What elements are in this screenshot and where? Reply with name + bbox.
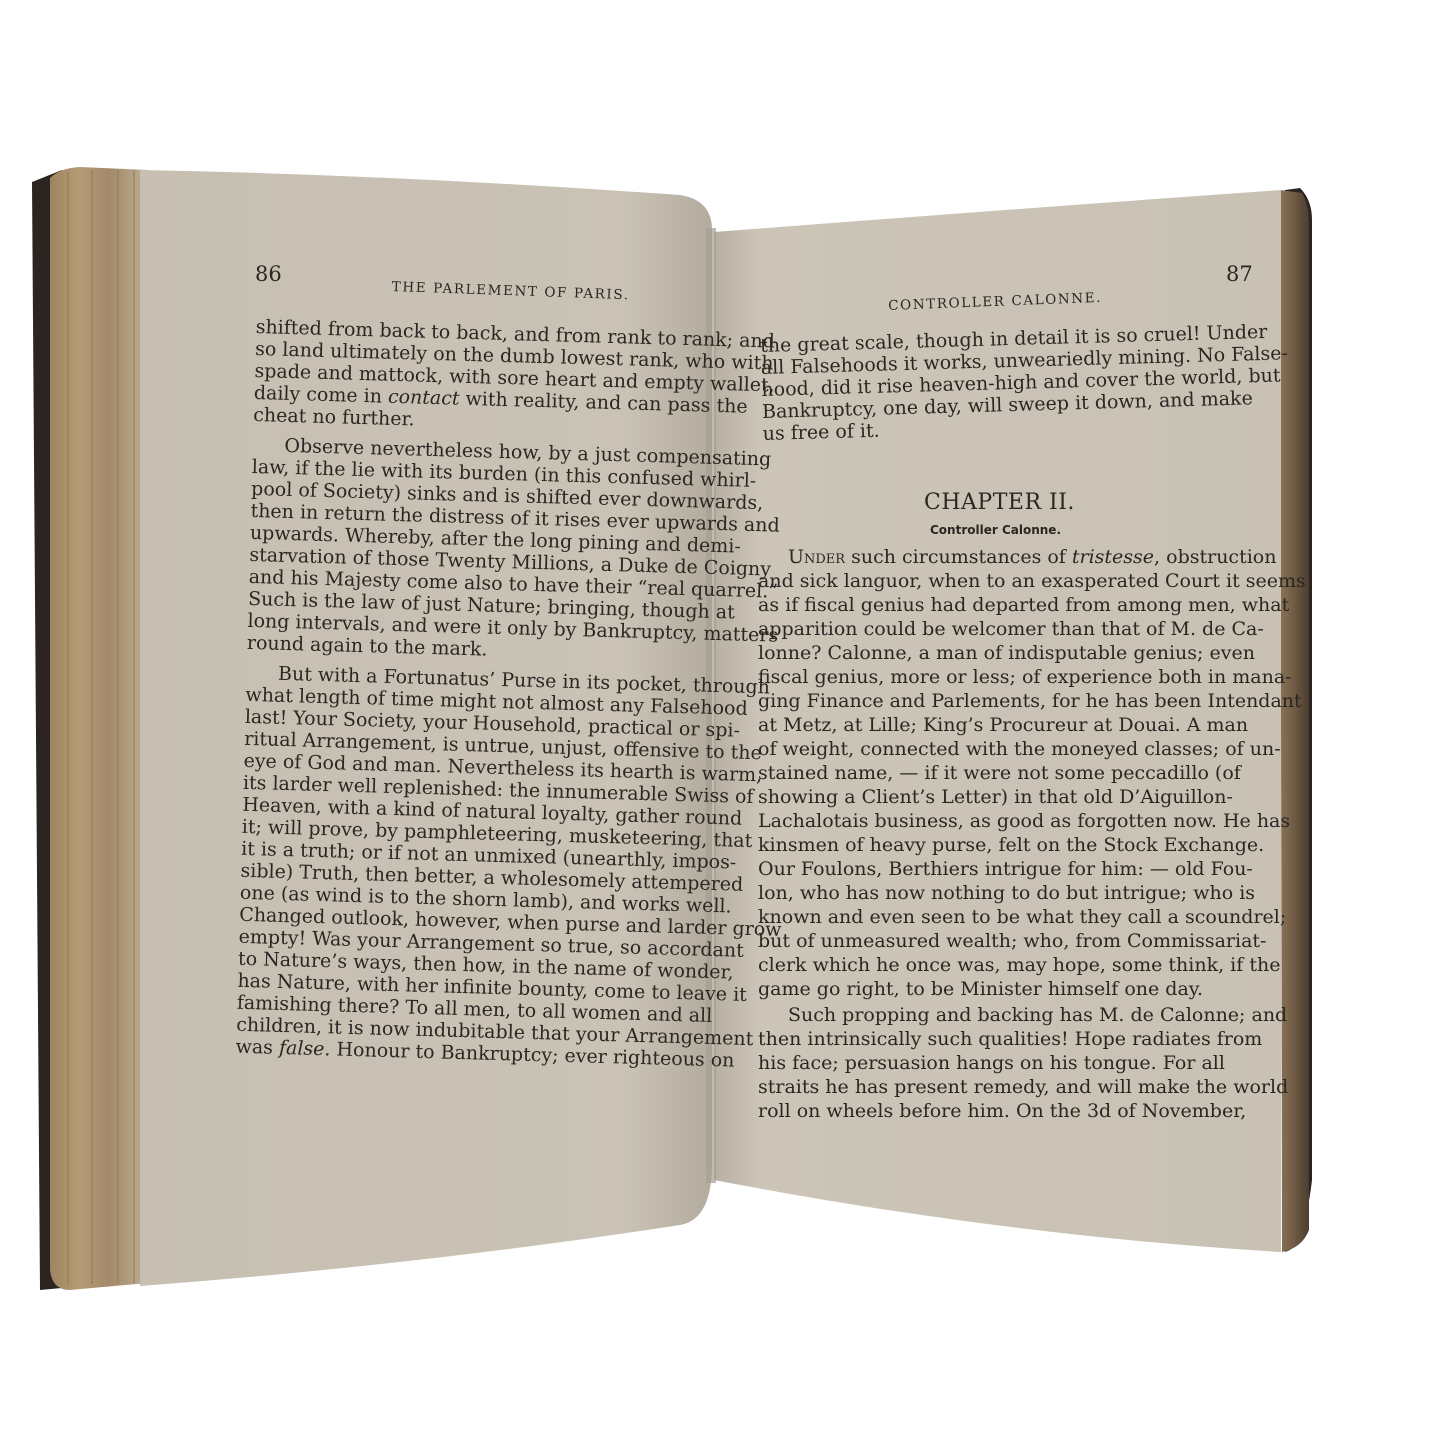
text-line: straits he has present remedy, and will …	[758, 1078, 1288, 1097]
text-line: his face; persuasion hangs on his tongue…	[758, 1054, 1225, 1073]
italic-word-tristesse: tristesse	[1072, 546, 1154, 568]
text-line: Such propping and backing has M. de Calo…	[788, 1006, 1287, 1025]
text-line: but of unmeasured wealth; who, from Comm…	[758, 932, 1266, 951]
text-line: known and even seen to be what they call…	[758, 908, 1286, 927]
text-line: of weight, connected with the moneyed cl…	[758, 740, 1281, 759]
chapter-subtitle: Controller Calonne.	[930, 524, 1061, 536]
drop-word: Under	[788, 546, 845, 568]
text-line: at Metz, at Lille; King’s Procureur at D…	[758, 716, 1248, 735]
text-line: showing a Client’s Letter) in that old D…	[758, 788, 1233, 807]
open-book-photo: 86 THE PARLEMENT OF PARIS. shifted from …	[0, 0, 1445, 1445]
text-line: clerk which he once was, may hope, some …	[758, 956, 1280, 975]
text-line: Under such circumstances of tristesse, o…	[788, 548, 1276, 567]
text-line: roll on wheels before him. On the 3d of …	[758, 1102, 1246, 1121]
text-line: and sick languor, when to an exasperated…	[758, 572, 1306, 591]
right-text-block: the great scale, though in detail it is …	[760, 323, 1270, 337]
text-line: as if fiscal genius had departed from am…	[758, 596, 1289, 615]
text-line: then intrinsically such qualities! Hope …	[758, 1030, 1262, 1049]
text-line: lonne? Calonne, a man of indisputable ge…	[758, 644, 1255, 663]
text-line: lon, who has now nothing to do but intri…	[758, 884, 1255, 903]
text-line: game go right, to be Minister himself on…	[758, 980, 1203, 999]
chapter-title: CHAPTER II.	[924, 492, 1075, 514]
page-number-right: 87	[1226, 264, 1253, 285]
text-line: us free of it.	[762, 422, 879, 444]
running-head-right: CONTROLLER CALONNE.	[888, 292, 1102, 314]
text-line: ging Finance and Parlements, for he has …	[758, 692, 1302, 711]
text-line: stained name, — if it were not some pecc…	[758, 764, 1241, 783]
right-page-content: 87 CONTROLLER CALONNE. the great scale, …	[0, 0, 1445, 1300]
text-line: fiscal genius, more or less; of experien…	[758, 668, 1292, 687]
text-line: Our Foulons, Berthiers intrigue for him:…	[758, 860, 1253, 879]
text-line: Lachalotais business, as good as forgott…	[758, 812, 1290, 831]
text-line: apparition could be welcomer than that o…	[758, 620, 1264, 639]
text-line: kinsmen of heavy purse, felt on the Stoc…	[758, 836, 1264, 855]
